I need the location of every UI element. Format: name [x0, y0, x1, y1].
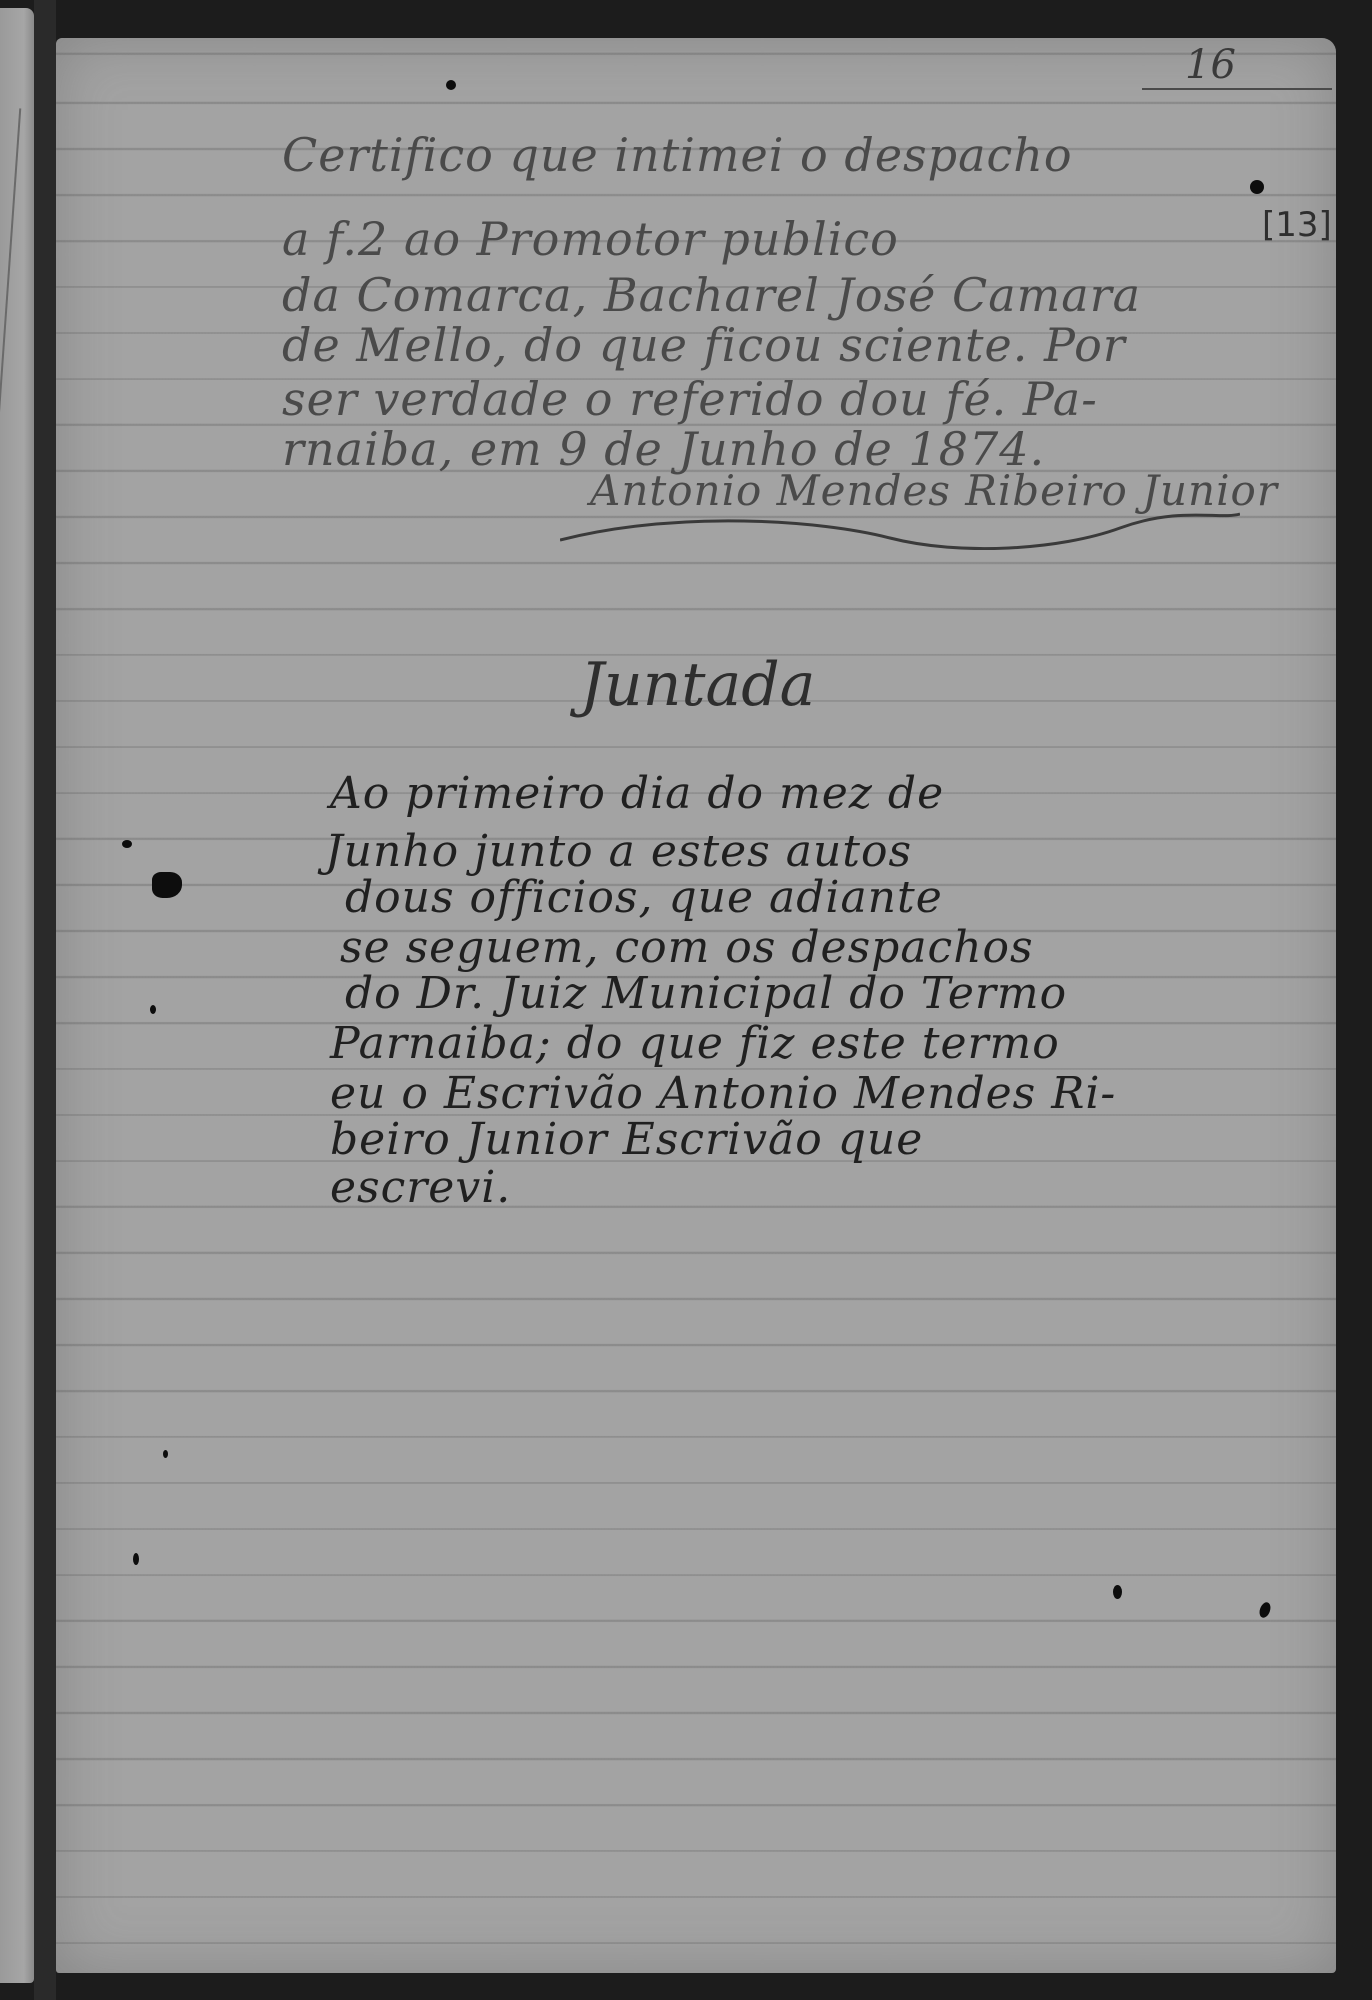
- certificate-line: ser verdade o referido dou fé. Pa-: [282, 372, 1098, 426]
- archival-number: [13]: [1262, 205, 1332, 245]
- ink-speck: [1113, 1585, 1122, 1599]
- certificate-line: de Mello, do que ficou sciente. Por: [282, 318, 1126, 372]
- certificate-line: a f.2 ao Promotor publico: [282, 212, 899, 266]
- juntada-line: Parnaiba; do que fiz este termo: [330, 1018, 1060, 1069]
- folio-number: 16: [1185, 42, 1236, 88]
- certificate-line: Certifico que intimei o despacho: [282, 128, 1073, 182]
- paper-crack: [0, 108, 21, 487]
- signature: Antonio Mendes Ribeiro Junior: [590, 466, 1278, 515]
- juntada-line: do Dr. Juiz Municipal do Termo: [345, 968, 1067, 1019]
- juntada-line: se seguem, com os despachos: [340, 922, 1034, 973]
- section-heading: Juntada: [580, 650, 815, 720]
- juntada-line: Ao primeiro dia do mez de: [330, 768, 944, 819]
- ink-speck: [446, 80, 456, 90]
- juntada-line: Junho junto a estes autos: [325, 826, 912, 877]
- binding-gutter: [34, 0, 56, 2000]
- juntada-line: escrevi.: [330, 1162, 511, 1213]
- ink-speck: [163, 1450, 168, 1458]
- juntada-line: beiro Junior Escrivão que: [330, 1114, 923, 1165]
- ink-speck: [122, 840, 132, 848]
- adjacent-page-edge: [0, 8, 34, 1983]
- juntada-line: dous officios, que adiante: [345, 872, 943, 923]
- signature-flourish: [560, 510, 1240, 550]
- certificate-line: da Comarca, Bacharel José Camara: [282, 268, 1141, 322]
- juntada-line: eu o Escrivão Antonio Mendes Ri-: [330, 1068, 1116, 1119]
- ink-blot: [152, 872, 182, 898]
- ink-speck: [1250, 180, 1264, 194]
- ink-speck: [133, 1553, 139, 1565]
- folio-underline: [1142, 88, 1332, 90]
- ink-speck: [150, 1005, 156, 1014]
